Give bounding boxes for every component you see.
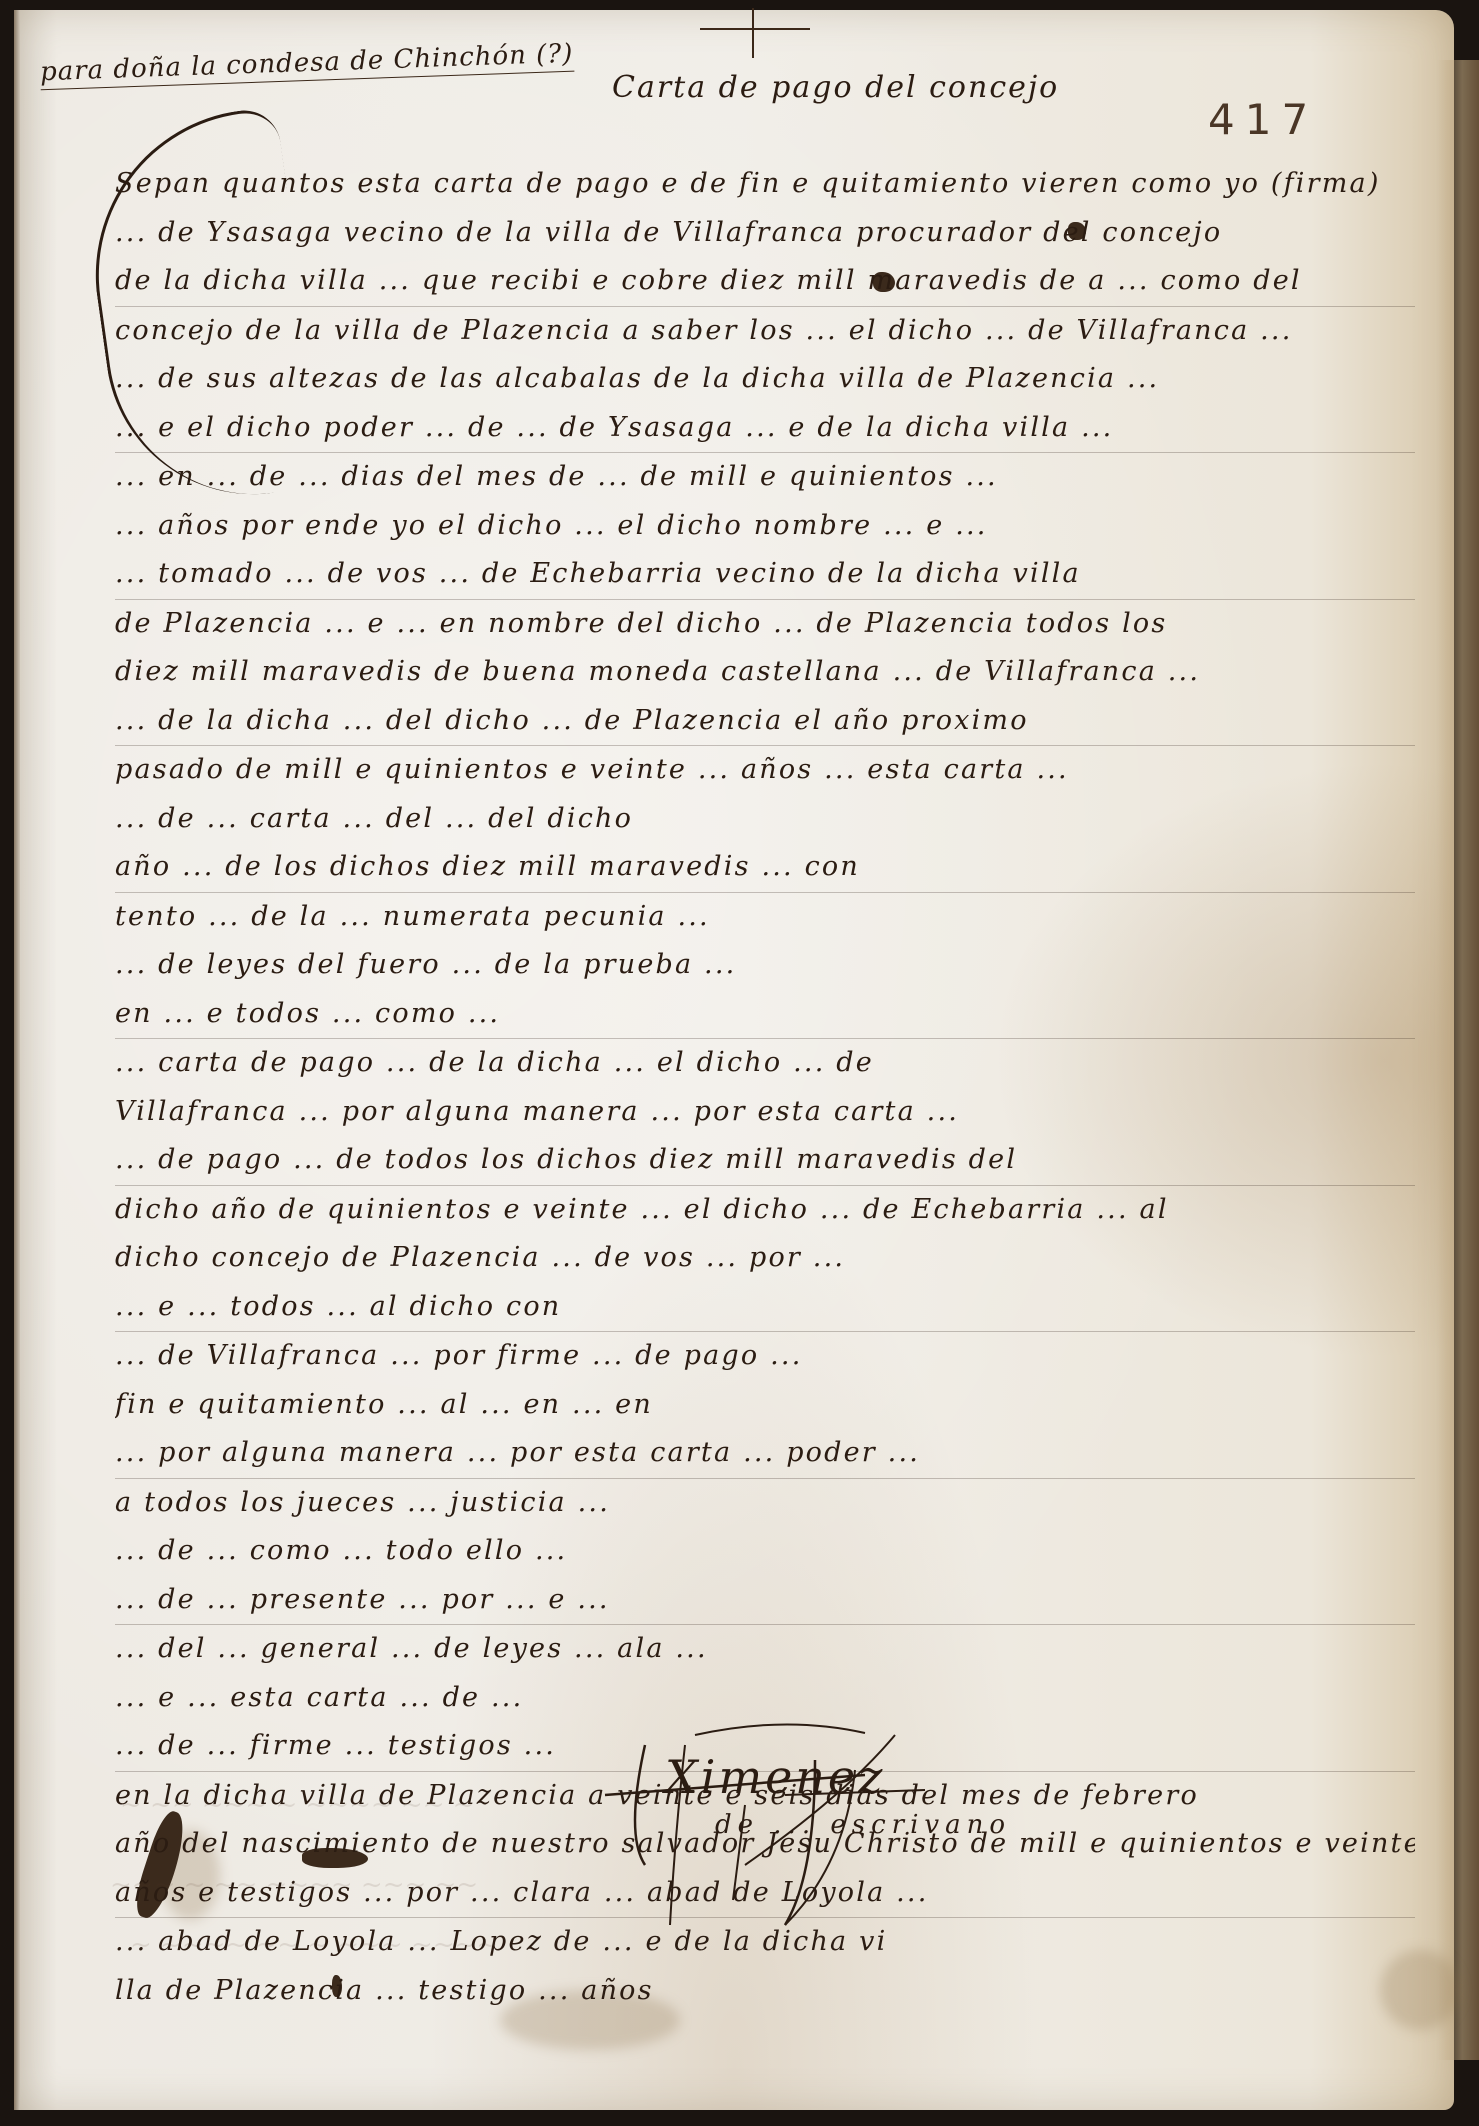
manuscript-line: ... e el dicho poder ... de ... de Ysasa… (115, 404, 1415, 454)
manuscript-line: a todos los jueces ... justicia ... (115, 1479, 1415, 1528)
manuscript-line: pasado de mill e quinientos e veinte ...… (115, 746, 1415, 795)
manuscript-line: ... carta de pago ... de la dicha ... el… (115, 1039, 1415, 1088)
binding-gutter (14, 10, 20, 2110)
signature-subscript: de ... escrivano (715, 1810, 1011, 1840)
manuscript-line: ... de pago ... de todos los dichos diez… (115, 1136, 1415, 1186)
worn-page-edge (1437, 60, 1479, 2060)
manuscript-line: ... de Ysasaga vecino de la villa de Vil… (115, 209, 1415, 258)
manuscript-line: ... de ... carta ... del ... del dicho (115, 795, 1415, 844)
manuscript-line: tento ... de la ... numerata pecunia ... (115, 893, 1415, 942)
manuscript-line: ... años por ende yo el dicho ... el dic… (115, 502, 1415, 551)
document-heading: Carta de pago del concejo (612, 70, 1059, 105)
manuscript-line: fin e quitamiento ... al ... en ... en (115, 1381, 1415, 1430)
manuscript-line: lla de Plazencia ... testigo ... años (115, 1967, 1415, 2016)
manuscript-line: ... del ... general ... de leyes ... ala… (115, 1625, 1415, 1674)
manuscript-line: de Plazencia ... e ... en nombre del dic… (115, 600, 1415, 649)
manuscript-line: año ... de los dichos diez mill maravedi… (115, 843, 1415, 893)
manuscript-line: ... e ... todos ... al dicho con (115, 1283, 1415, 1333)
manuscript-line: ... de leyes del fuero ... de la prueba … (115, 941, 1415, 990)
manuscript-line: dicho año de quinientos e veinte ... el … (115, 1186, 1415, 1235)
cross-mark-icon (700, 28, 810, 58)
notary-signature: Ximenez de ... escrivano (585, 1715, 1025, 1935)
manuscript-line: ... de la dicha ... del dicho ... de Pla… (115, 697, 1415, 747)
manuscript-line: ... por alguna manera ... por esta carta… (115, 1429, 1415, 1479)
manuscript-line: Villafranca ... por alguna manera ... po… (115, 1088, 1415, 1137)
manuscript-line: ... en ... de ... dias del mes de ... de… (115, 453, 1415, 502)
manuscript-line: dicho concejo de Plazencia ... de vos ..… (115, 1234, 1415, 1283)
manuscript-line: diez mill maravedis de buena moneda cast… (115, 648, 1415, 697)
folio-number: 417 (1208, 95, 1318, 144)
manuscript-line: concejo de la villa de Plazencia a saber… (115, 307, 1415, 356)
manuscript-line: ... de Villafranca ... por firme ... de … (115, 1332, 1415, 1381)
manuscript-line: ... de sus altezas de las alcabalas de l… (115, 355, 1415, 404)
manuscript-line: ... de ... como ... todo ello ... (115, 1527, 1415, 1576)
manuscript-line: ... tomado ... de vos ... de Echebarria … (115, 550, 1415, 600)
manuscript-line: ... de ... presente ... por ... e ... (115, 1576, 1415, 1626)
signature-name: Ximenez (665, 1750, 885, 1804)
manuscript-line: Sepan quantos esta carta de pago e de fi… (115, 160, 1415, 209)
manuscript-line: en ... e todos ... como ... (115, 990, 1415, 1040)
manuscript-line: de la dicha villa ... que recibi e cobre… (115, 257, 1415, 307)
